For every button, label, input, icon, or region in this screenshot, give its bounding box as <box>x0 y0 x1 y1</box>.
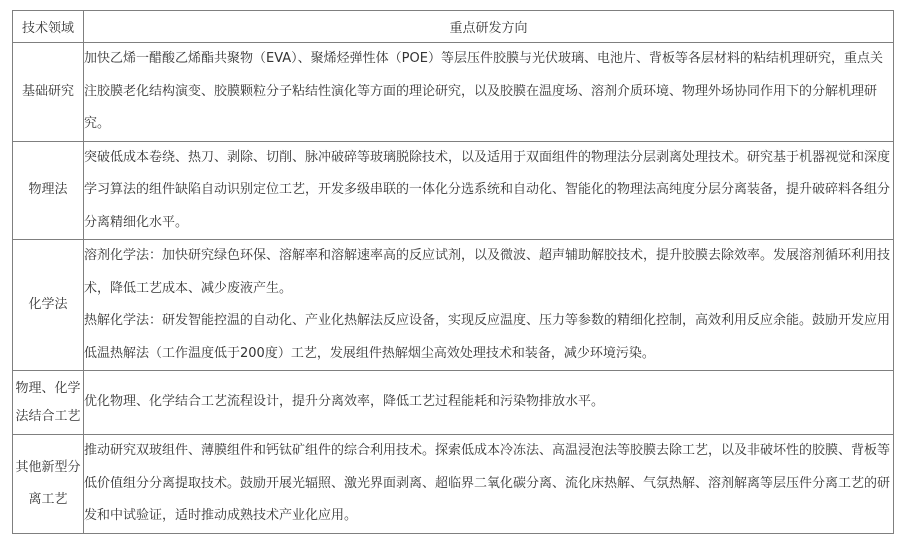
direction-cell: 突破低成本卷绕、热刀、剥除、切削、脉冲破碎等玻璃脱除技术，以及适用于双面组件的物… <box>84 141 894 240</box>
field-cell: 基础研究 <box>13 43 84 142</box>
table-row-basic-research: 基础研究 加快乙烯一醋酸乙烯酯共聚物（EVA）、聚烯烃弹性体（POE）等层压件胶… <box>13 43 894 142</box>
direction-cell: 溶剂化学法：加快研究绿色环保、溶解率和溶解速率高的反应试剂，以及微波、超声辅助解… <box>84 240 894 371</box>
direction-paragraph: 优化物理、化学结合工艺流程设计，提升分离效率，降低工艺过程能耗和污染物排放水平。 <box>84 386 893 419</box>
table-row-combined-process: 物理、化学法结合工艺 优化物理、化学结合工艺流程设计，提升分离效率，降低工艺过程… <box>13 371 894 435</box>
direction-paragraph: 突破低成本卷绕、热刀、剥除、切削、脉冲破碎等玻璃脱除技术，以及适用于双面组件的物… <box>84 142 893 240</box>
direction-cell: 推动研究双玻组件、薄膜组件和钙钛矿组件的综合利用技术。探索低成本冷冻法、高温浸泡… <box>84 435 894 534</box>
direction-paragraph-solvent: 溶剂化学法：加快研究绿色环保、溶解率和溶解速率高的反应试剂，以及微波、超声辅助解… <box>84 240 893 305</box>
field-cell: 其他新型分离工艺 <box>13 435 84 534</box>
field-cell: 化学法 <box>13 240 84 371</box>
table-row-other-new-process: 其他新型分离工艺 推动研究双玻组件、薄膜组件和钙钛矿组件的综合利用技术。探索低成… <box>13 435 894 534</box>
header-direction: 重点研发方向 <box>84 11 894 43</box>
table-header-row: 技术领域 重点研发方向 <box>13 11 894 43</box>
direction-paragraph: 推动研究双玻组件、薄膜组件和钙钛矿组件的综合利用技术。探索低成本冷冻法、高温浸泡… <box>84 435 893 533</box>
direction-paragraph: 加快乙烯一醋酸乙烯酯共聚物（EVA）、聚烯烃弹性体（POE）等层压件胶膜与光伏玻… <box>84 43 893 141</box>
field-cell: 物理法 <box>13 141 84 240</box>
direction-cell: 优化物理、化学结合工艺流程设计，提升分离效率，降低工艺过程能耗和污染物排放水平。 <box>84 371 894 435</box>
header-field: 技术领域 <box>13 11 84 43</box>
direction-paragraph-pyrolysis: 热解化学法：研发智能控温的自动化、产业化热解法反应设备，实现反应温度、压力等参数… <box>84 305 893 370</box>
field-cell: 物理、化学法结合工艺 <box>13 371 84 435</box>
direction-cell: 加快乙烯一醋酸乙烯酯共聚物（EVA）、聚烯烃弹性体（POE）等层压件胶膜与光伏玻… <box>84 43 894 142</box>
tech-direction-table: 技术领域 重点研发方向 基础研究 加快乙烯一醋酸乙烯酯共聚物（EVA）、聚烯烃弹… <box>12 10 894 534</box>
table-row-chemical-method: 化学法 溶剂化学法：加快研究绿色环保、溶解率和溶解速率高的反应试剂，以及微波、超… <box>13 240 894 371</box>
table-row-physical-method: 物理法 突破低成本卷绕、热刀、剥除、切削、脉冲破碎等玻璃脱除技术，以及适用于双面… <box>13 141 894 240</box>
